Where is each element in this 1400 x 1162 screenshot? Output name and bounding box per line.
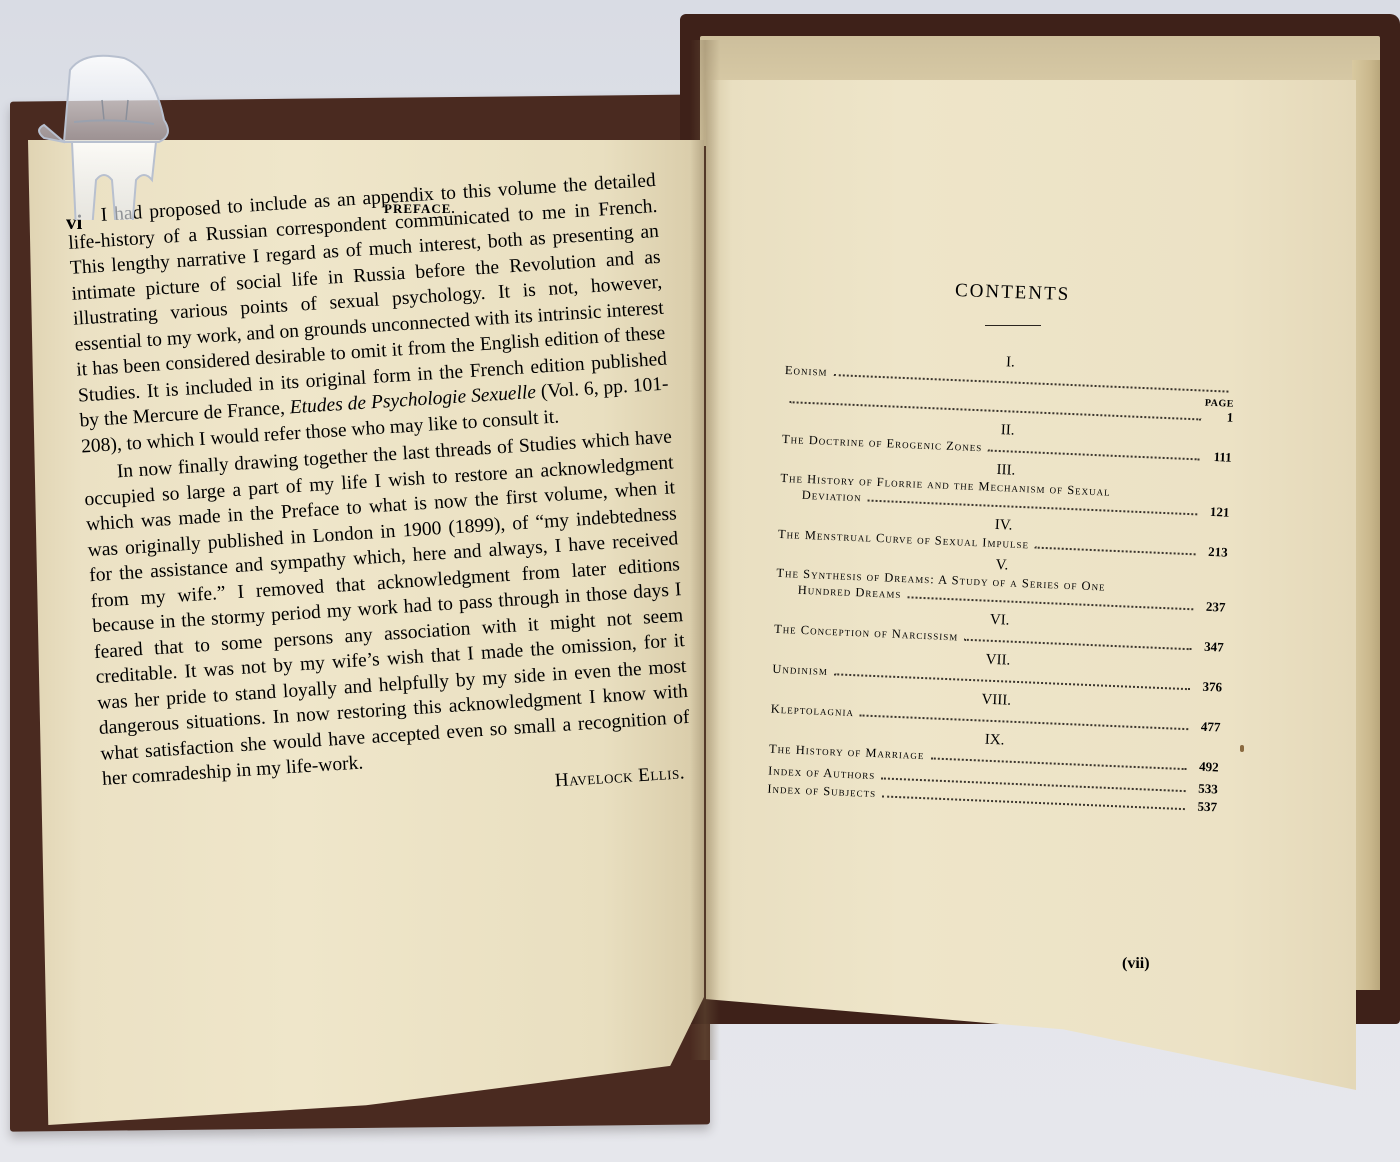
leader-dots <box>907 596 1193 610</box>
paper-blemish <box>1240 745 1244 752</box>
preface-text: I had proposed to include as an appendix… <box>66 168 694 822</box>
page-number: 376 <box>1196 678 1223 695</box>
right-page-folio: (vii) <box>1122 955 1150 973</box>
index-title: Index of Authors <box>768 764 876 783</box>
page-number: 121 <box>1203 504 1230 521</box>
leader-dots <box>964 639 1191 651</box>
page-number: 347 <box>1197 639 1224 656</box>
page-number: 477 <box>1194 718 1221 735</box>
leader-dots <box>930 757 1186 770</box>
leader-dots <box>1035 547 1196 556</box>
page-number: 533 <box>1191 780 1218 797</box>
chapter-title: Kleptolagnia <box>770 702 854 720</box>
contents-heading: CONTENTS <box>955 280 1071 306</box>
preface-paragraph-2: In now finally drawing together the last… <box>82 424 692 792</box>
hair-clip-icon <box>24 30 169 220</box>
page-number: 237 <box>1199 599 1226 616</box>
chapter-title-continued: Deviation <box>801 488 862 506</box>
page-number: 213 <box>1201 544 1228 561</box>
chapter-title: Undinism <box>772 662 828 679</box>
book-gutter <box>690 40 720 1060</box>
chapter-title-continued: Hundred Dreams <box>797 583 901 602</box>
page-number: 492 <box>1192 758 1219 775</box>
page-number: 111 <box>1205 449 1232 466</box>
heading-rule <box>985 325 1041 326</box>
photo-scene: vi PREFACE. I had proposed to include as… <box>0 0 1400 1162</box>
table-of-contents: I. Eonism PAGE 1 II. The Doctrine of Ero… <box>767 345 1236 821</box>
leader-dots <box>988 450 1199 461</box>
index-title: Index of Subjects <box>767 782 876 802</box>
leader-dots <box>882 795 1185 810</box>
page-number: 537 <box>1191 798 1218 815</box>
chapter-title: Eonism <box>785 363 828 380</box>
page-block-edge-side <box>1352 60 1380 990</box>
page-number: 1 <box>1207 409 1234 426</box>
